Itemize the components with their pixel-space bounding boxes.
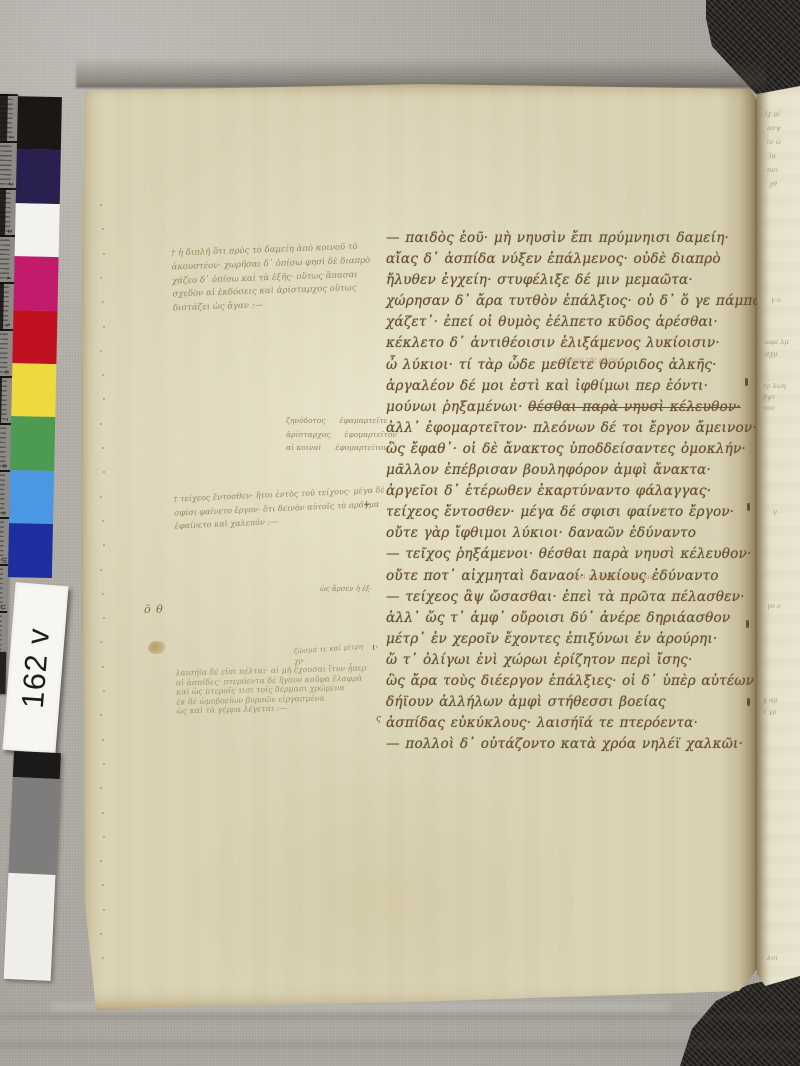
gray-segment-mid-gray <box>8 777 59 875</box>
facing-text-fragment: γ <box>773 508 777 516</box>
swatch-sky-blue <box>9 470 54 524</box>
swatch-magenta <box>13 256 58 310</box>
swatch-black <box>17 96 62 150</box>
text-line: δήϊουν ἀλλήλων ἀμφὶ στήθεσσι βοείας <box>386 694 758 715</box>
prick-hole <box>100 204 102 206</box>
prick-hole <box>102 739 104 741</box>
marginal-tiny-note: ὡς ἄρσεν ἡ ἐξ· <box>320 585 372 593</box>
prick-hole <box>103 398 105 400</box>
prick-hole <box>103 836 105 838</box>
text-line: ὥ τ᾽ ὀλίγωι ἐνὶ χώρωι ἐρίζητον περὶ ἴσης… <box>386 652 758 673</box>
prick-hole <box>102 593 104 595</box>
gray-segment-white <box>4 873 56 981</box>
prick-hole <box>100 714 102 716</box>
binding-stitch <box>746 620 749 628</box>
prick-hole <box>100 787 102 789</box>
ruler-number: 11 <box>0 604 5 610</box>
prick-hole <box>100 423 102 425</box>
prick-hole <box>102 520 104 522</box>
ruler-number: 8 <box>1 464 7 467</box>
facing-text-fragment: ϊα <box>769 152 776 160</box>
swatch-green <box>10 416 55 470</box>
text-line: χώρησαν δ᾽ ἄρα τυτθὸν ἐπάλξιος· οὐ δ᾽ ὅ … <box>386 293 758 314</box>
ink-blot <box>148 641 165 654</box>
facing-text-fragment: ασψ <box>767 124 781 132</box>
facing-text-fragment: τν ώ <box>766 138 781 146</box>
facing-text-fragment: γ ο <box>771 296 781 304</box>
scholion-bottom-left: λαισήϊα δέ εἰσι πέλται· αἱ μὴ ἔχουσαι ἴτ… <box>175 664 367 717</box>
folio-label-text: 162 v <box>14 626 56 709</box>
margin-mark: ς <box>376 714 381 724</box>
variant-row: ζηνόδοτοςἐφαμαρτεῖτε <box>286 414 397 428</box>
prick-hole <box>102 301 104 303</box>
text-line: ὣς ἄρα τοὺς διέεργον ἐπάλξιες· οἱ δ᾽ ὑπὲ… <box>386 673 758 694</box>
interlinear-gloss: ἤγουν τῆς μάχης <box>564 356 619 364</box>
text-line: ἀλλ᾽ ἐφομαρτεῖτον· πλεόνων δέ τοι ἔργον … <box>386 420 758 441</box>
text-line: μᾶλλον ἐπέβρισαν βουληφόρον ἀμφὶ ἄνακτα· <box>386 462 758 483</box>
prick-hole <box>102 666 104 668</box>
facing-text-fragment: χθ <box>769 180 777 188</box>
swatch-navy <box>8 523 53 577</box>
text-line: — πολλοὶ δ᾽ οὐτάζοντο κατὰ χρόα νηλέϊ χα… <box>386 736 758 757</box>
text-line: μέτρ᾽ ἐν χεροῖν ἔχοντες ἐπιξύνωι ἐν ἀρού… <box>386 631 758 652</box>
text-line: μούνωι ῥηξαμένωι· θέσθαι παρὰ νηυσὶ κέλε… <box>386 399 758 420</box>
text-line: ἀσπίδας εὐκύκλους· λαισήϊά τε πτερόεντα· <box>386 715 758 736</box>
text-line: — τεῖχος ῥηξάμενοι· θέσθαι παρὰ νηυσὶ κέ… <box>386 546 758 567</box>
text-line: — τείχεος ἂψ ὤσασθαι· ἐπεὶ τὰ πρῶτα πέλα… <box>386 589 758 610</box>
text-line: ἀργεῖοι δ᾽ ἑτέρωθεν ἐκαρτύναντο φάλαγγας… <box>386 483 758 504</box>
text-line: κέκλετο δ᾽ ἀντιθέοισιν ἑλιξάμενος λυκίοι… <box>386 335 758 356</box>
text-line: ἤλυθεν ἐγχείη· στυφέλιξε δέ μιν μεμαῶτα· <box>386 272 758 293</box>
binding-stitch <box>747 503 750 511</box>
facing-text-fragment: γο ν <box>767 602 781 610</box>
ruler-number: 7 <box>2 417 8 420</box>
facing-text-fragment: ϗ αμ <box>763 696 778 704</box>
margin-mark: ι· <box>372 643 378 653</box>
text-line: ἀργαλέον δέ μοι ἐστὶ καὶ ἰφθίμωι περ ἐόν… <box>386 378 758 399</box>
prick-hole <box>102 228 104 230</box>
scholion-top-left: † ἡ διπλῆ ὅτι πρὸς τὸ δαμείη ἀπὸ κοινοῦ … <box>171 241 372 317</box>
variant-row: ἀρίσταρχοςἐφομαρτεῖτον <box>286 428 397 442</box>
ruler-endcap: INCHES <box>0 652 6 694</box>
ruler-number: 3 <box>6 229 12 232</box>
critical-sign: ο̄ θ <box>144 603 164 616</box>
facing-text-fragment: ουν <box>763 404 775 412</box>
ruler-number: 9 <box>0 511 6 514</box>
prick-hole <box>102 447 104 449</box>
interlinear-gloss: ἐπεὶ τὰ πρῶτα ἐπέλασαν <box>572 573 654 581</box>
facing-page-strip: ἱχ μίασψτν ώϊαπσιχθγ οωφε λμσχμτρ λωηβψτ… <box>757 86 800 990</box>
prick-hole <box>102 957 104 959</box>
text-line: αἴας δ᾽ ἀσπίδα νύξεν ἐπάλμενος· οὐδὲ δια… <box>386 251 758 272</box>
prick-hole <box>103 544 105 546</box>
prick-hole <box>103 617 105 619</box>
text-line: τείχεος ἔντοσθεν· μέγα δέ σφισι φαίνετο … <box>386 504 758 525</box>
variant-row: αἱ κοιναὶἐφομαρτεῖτον <box>286 441 397 455</box>
ruler-number: 2 <box>7 182 13 185</box>
prick-hole <box>103 690 105 692</box>
binding-stitch <box>747 698 750 706</box>
text-line: ὣς ἔφαθ᾽· οἱ δὲ ἄνακτος ὑποδδείσαντες ὁμ… <box>386 441 758 462</box>
margin-mark: + <box>363 500 371 510</box>
prick-hole <box>100 350 102 352</box>
scholion-mid-left: † τείχεος ἔντοσθεν· ἤτοι ἐντὸς τοῦ τείχο… <box>173 483 386 533</box>
prick-hole <box>100 496 102 498</box>
text-line: χάζετ᾽· ἐπεί οἱ θυμὸς ἐέλπετο κῦδος ἀρέσ… <box>386 314 758 335</box>
prick-hole <box>103 253 105 255</box>
manuscript-page: — παιδὸς ἑοῦ· μὴ νηυσὶν ἔπι πρύμνηισι δα… <box>82 84 758 1010</box>
swatch-white <box>15 203 60 257</box>
text-line: — παιδὸς ἑοῦ· μὴ νηυσὶν ἔπι πρύμνηισι δα… <box>386 230 758 251</box>
facing-text-fragment: τρ λωη <box>763 382 786 390</box>
gray-segment-black <box>13 751 61 779</box>
swatch-indigo <box>16 150 61 204</box>
ruler-number: 6 <box>3 370 9 373</box>
facing-text-fragment: τ γρ <box>763 708 776 716</box>
prick-hole <box>103 909 105 911</box>
ruler-number: 10 <box>1 557 7 564</box>
prick-hole <box>103 763 105 765</box>
color-swatch-column <box>8 96 62 577</box>
scholion-variant-note: ζηνόδοτοςἐφαμαρτεῖτεἀρίσταρχοςἐφομαρτεῖτ… <box>286 414 397 455</box>
ruler-number: 5 <box>4 323 10 326</box>
prick-hole <box>103 471 105 473</box>
facing-text-fragment: σχμ <box>765 350 778 358</box>
page-top-shadow <box>76 56 766 88</box>
prick-hole <box>102 884 104 886</box>
prick-hole <box>100 569 102 571</box>
text-line: οὔτε γὰρ ἴφθιμοι λύκιοι· δαναῶν ἐδύναντο <box>386 525 758 546</box>
facing-text-fragment: βψτ <box>763 393 775 401</box>
facing-text-fragment: πσι <box>767 166 778 174</box>
binding-stitch <box>745 378 748 386</box>
prick-hole <box>102 374 104 376</box>
swatch-yellow <box>11 363 56 417</box>
facing-text-fragment: λσι <box>767 954 778 962</box>
prick-hole <box>102 812 104 814</box>
text-line: ἀλλ᾽ ὥς τ᾽ ἀμφ᾽ οὔροισι δύ᾽ ἀνέρε δηριάα… <box>386 610 758 631</box>
ruler-number: 4 <box>5 276 11 279</box>
swatch-red <box>12 310 57 364</box>
facing-text-fragment: ωφε λμ <box>765 338 789 346</box>
prick-hole <box>100 277 102 279</box>
prick-hole <box>100 933 102 935</box>
main-text-block: — παιδὸς ἑοῦ· μὴ νηυσὶν ἔπι πρύμνηισι δα… <box>386 230 758 757</box>
ruler-number: 1 <box>8 135 14 138</box>
prick-hole <box>103 326 105 328</box>
prick-hole <box>100 641 102 643</box>
facing-text-fragment: ἱχ μί <box>765 110 780 118</box>
prick-hole <box>100 860 102 862</box>
